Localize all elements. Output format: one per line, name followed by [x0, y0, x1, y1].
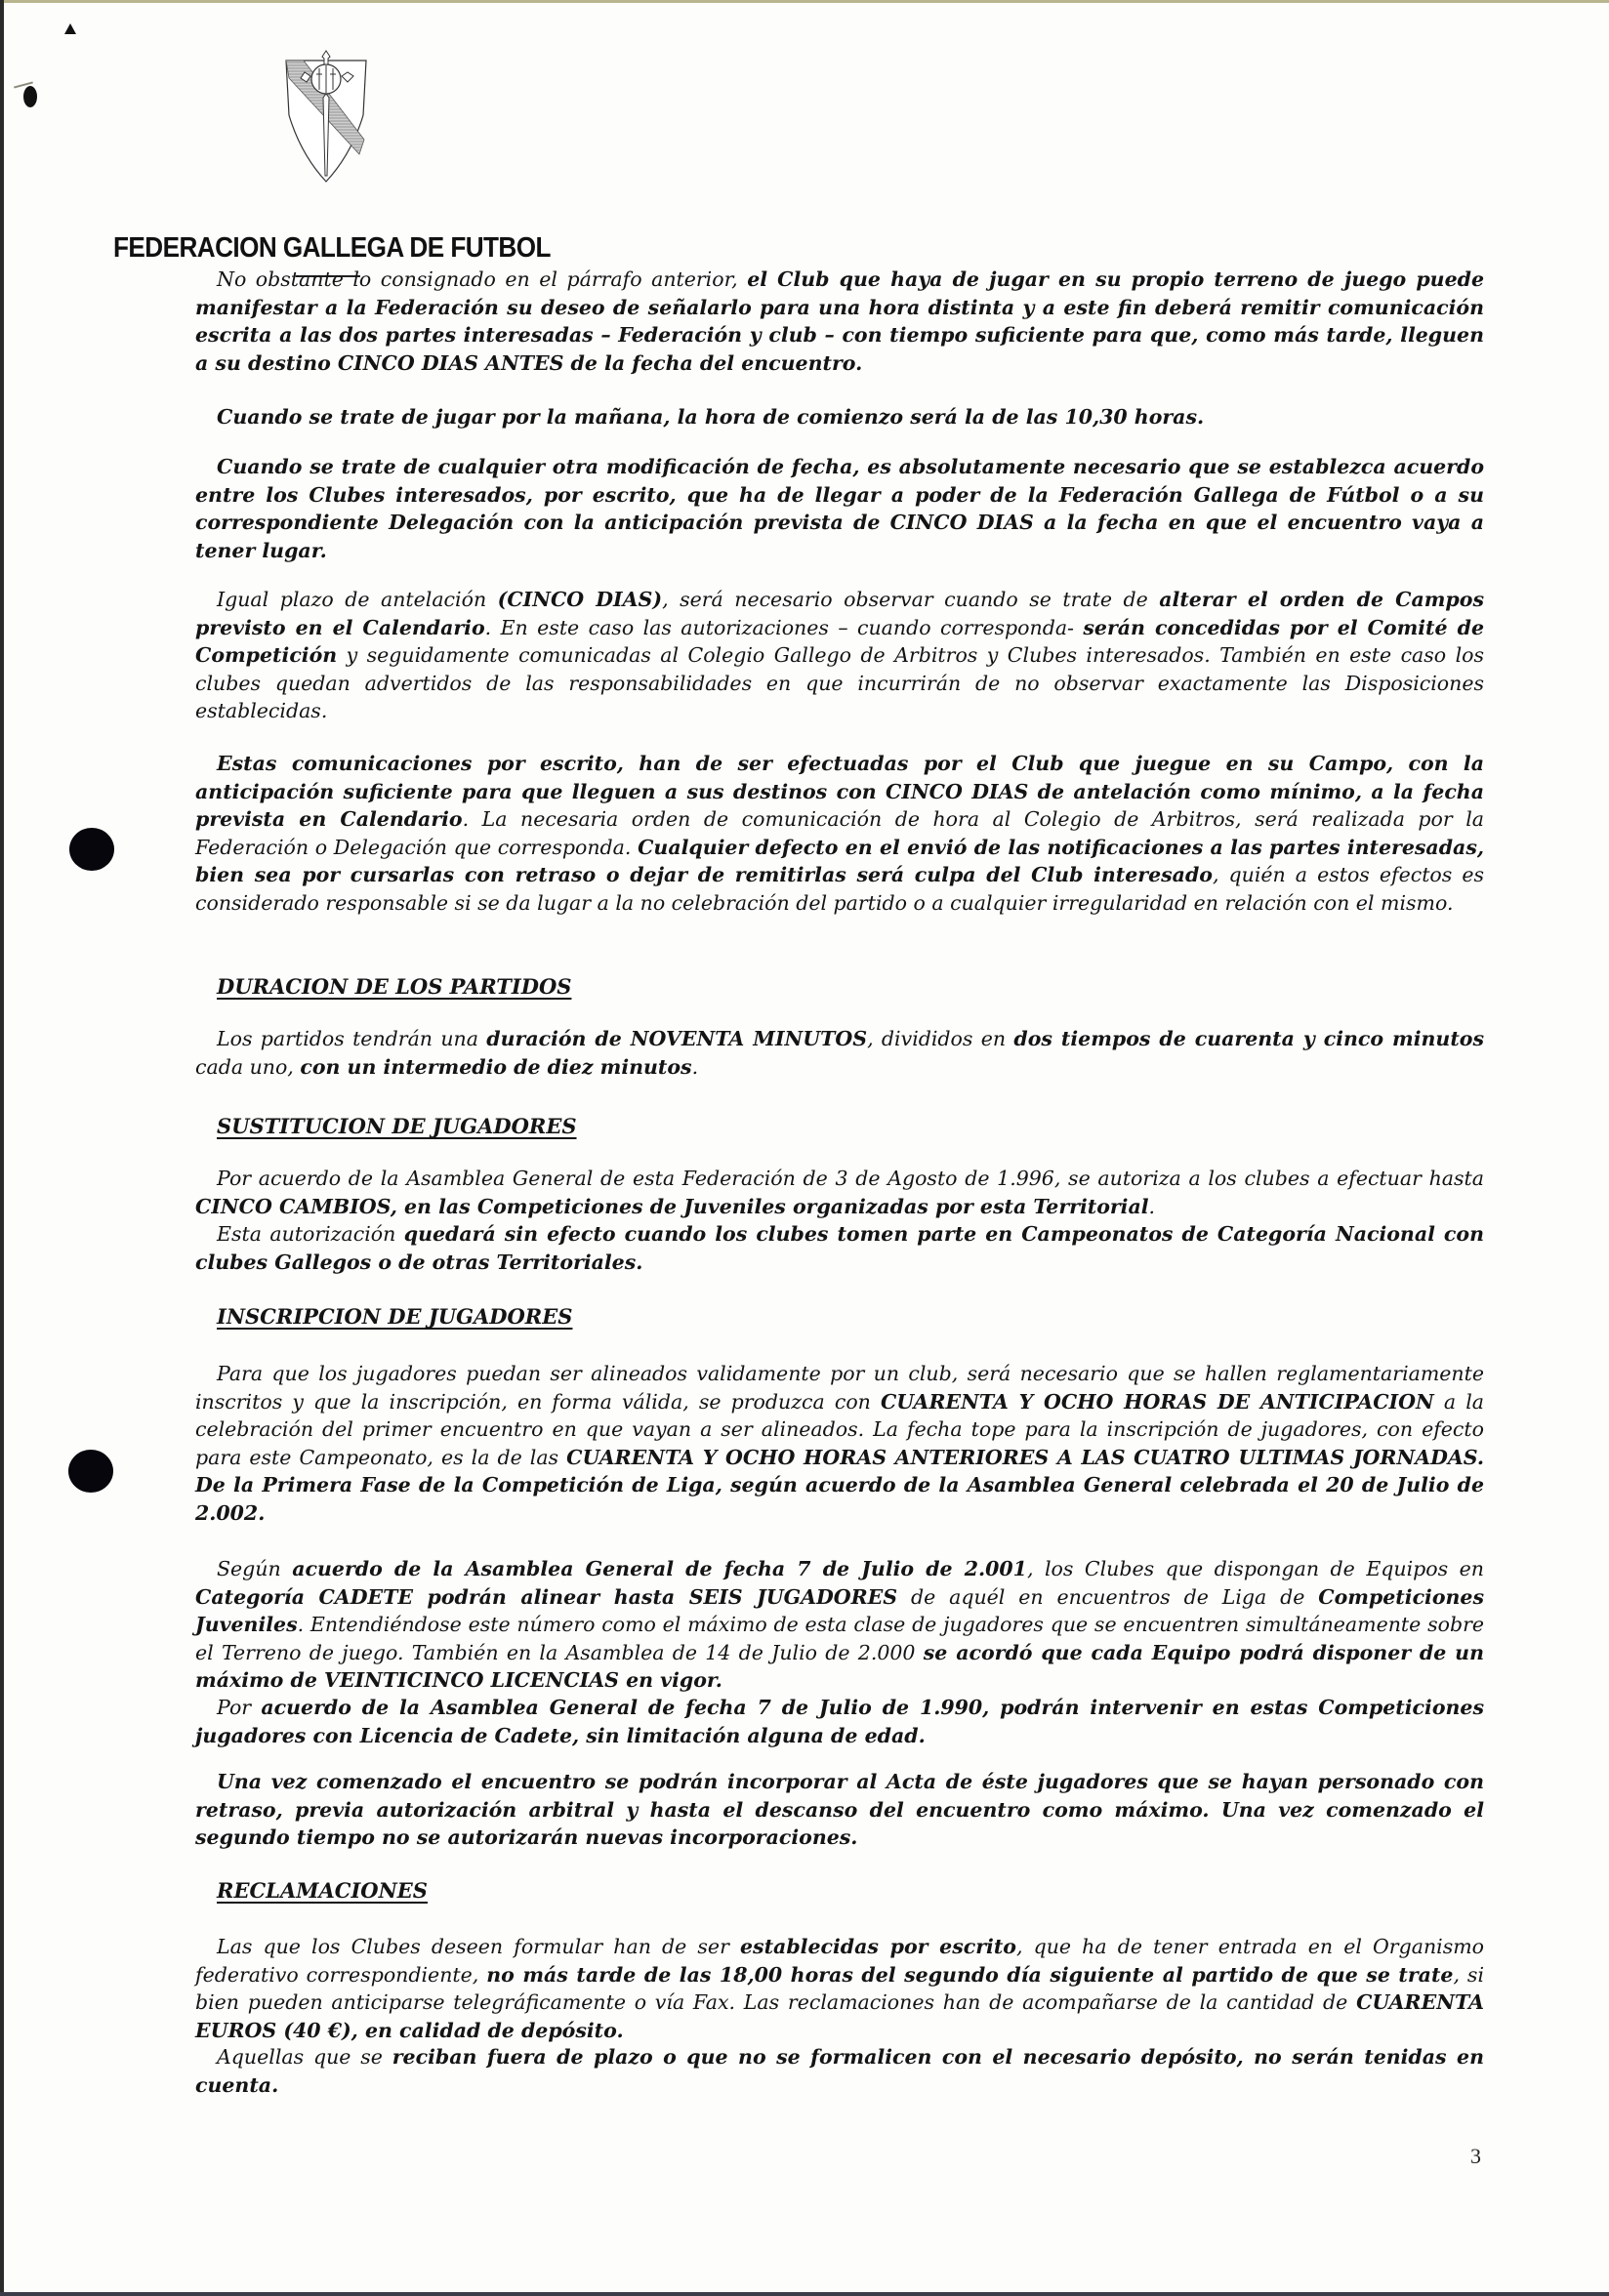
paragraph-p8: Para que los jugadores puedan ser alinea…: [195, 1360, 1484, 1527]
paragraph-p5: Estas comunicaciones por escrito, han de…: [195, 750, 1484, 917]
body-text: Según: [217, 1557, 292, 1580]
section-heading: INSCRIPCION DE JUGADORES: [217, 1304, 572, 1329]
body-text: y seguidamente comunicadas al Colegio Ga…: [195, 643, 1484, 722]
page-number: 3: [1470, 2144, 1481, 2169]
emphasis-text: (CINCO DIAS): [498, 588, 662, 611]
scan-mark: [64, 23, 76, 34]
scan-blob: [23, 86, 37, 107]
emphasis-text: Cuando se trate de cualquier otra modifi…: [195, 455, 1484, 562]
paragraph-p7: Por acuerdo de la Asamblea General de es…: [195, 1165, 1484, 1220]
paragraph-p11b: Aquellas que se reciban fuera de plazo o…: [195, 2043, 1484, 2099]
paragraph-p6: Los partidos tendrán una duración de NOV…: [195, 1025, 1484, 1081]
punch-hole: [69, 828, 114, 871]
scan-bottom-edge: [0, 2292, 1609, 2296]
body-text: Esta autorización: [217, 1222, 404, 1246]
emphasis-text: CUARENTA Y OCHO HORAS DE ANTICIPACION: [881, 1390, 1434, 1414]
body-text: Los partidos tendrán una: [217, 1027, 486, 1050]
emphasis-text: Categoría CADETE podrán alinear hasta SE…: [195, 1585, 897, 1609]
body-text: Las que los Clubes deseen formular han d…: [217, 1935, 740, 1958]
emphasis-text: duración de NOVENTA MINUTOS: [486, 1027, 867, 1050]
body-text: Por: [217, 1696, 261, 1719]
paragraph-p3: Cuando se trate de cualquier otra modifi…: [195, 453, 1484, 564]
section-heading: RECLAMACIONES: [217, 1878, 428, 1903]
body-text: , será necesario observar cuando se trat…: [662, 588, 1159, 611]
emphasis-text: no más tarde de las 18,00 horas del segu…: [486, 1963, 1453, 1987]
emphasis-text: acuerdo de la Asamblea General de fecha …: [292, 1557, 1027, 1580]
paragraph-p9: Según acuerdo de la Asamblea General de …: [195, 1555, 1484, 1695]
body-text: cada uno,: [195, 1055, 300, 1079]
scan-left-edge: [0, 0, 4, 2296]
punch-hole: [68, 1450, 113, 1493]
emphasis-text: establecidas por escrito: [740, 1935, 1016, 1958]
section-heading: DURACION DE LOS PARTIDOS: [217, 974, 571, 999]
emphasis-text: Cuando se trate de jugar por la mañana, …: [217, 405, 1204, 429]
emphasis-text: acuerdo de la Asamblea General de fecha …: [195, 1696, 1484, 1747]
scan-top-edge: [0, 0, 1609, 3]
paragraph-p9b: Por acuerdo de la Asamblea General de fe…: [195, 1694, 1484, 1749]
paragraph-p4: Igual plazo de antelación (CINCO DIAS), …: [195, 586, 1484, 725]
emphasis-text: Una vez comenzado el encuentro se podrán…: [195, 1770, 1484, 1849]
paragraph-p10: Una vez comenzado el encuentro se podrán…: [195, 1768, 1484, 1852]
paragraph-p7b: Esta autorización quedará sin efecto cua…: [195, 1220, 1484, 1276]
body-text: , divididos en: [867, 1027, 1013, 1050]
federation-crest-icon: [281, 47, 371, 184]
body-text: No obstante lo consignado en el párrafo …: [217, 267, 747, 291]
body-text: . En este caso las autorizaciones – cuan…: [485, 616, 1084, 639]
section-heading: SUSTITUCION DE JUGADORES: [217, 1114, 577, 1138]
emphasis-text: dos tiempos de cuarenta y cinco minutos: [1013, 1027, 1484, 1050]
body-text: Por acuerdo de la Asamblea General de es…: [217, 1167, 1484, 1190]
body-text: .: [1149, 1195, 1156, 1218]
body-text: , los Clubes que dispongan de Equipos en: [1027, 1557, 1484, 1580]
paragraph-p1: No obstante lo consignado en el párrafo …: [195, 266, 1484, 377]
organization-name: FEDERACION GALLEGA DE FUTBOL: [113, 232, 500, 265]
emphasis-text: CINCO CAMBIOS, en las Competiciones de J…: [195, 1195, 1149, 1218]
body-text: Igual plazo de antelación: [217, 588, 498, 611]
body-text: de aquél en encuentros de Liga de: [897, 1585, 1318, 1609]
emphasis-text: con un intermedio de diez minutos: [300, 1055, 691, 1079]
paragraph-p11: Las que los Clubes deseen formular han d…: [195, 1933, 1484, 2044]
body-text: Aquellas que se: [217, 2045, 392, 2069]
body-text: .: [692, 1055, 699, 1079]
paragraph-p2: Cuando se trate de jugar por la mañana, …: [195, 403, 1484, 431]
